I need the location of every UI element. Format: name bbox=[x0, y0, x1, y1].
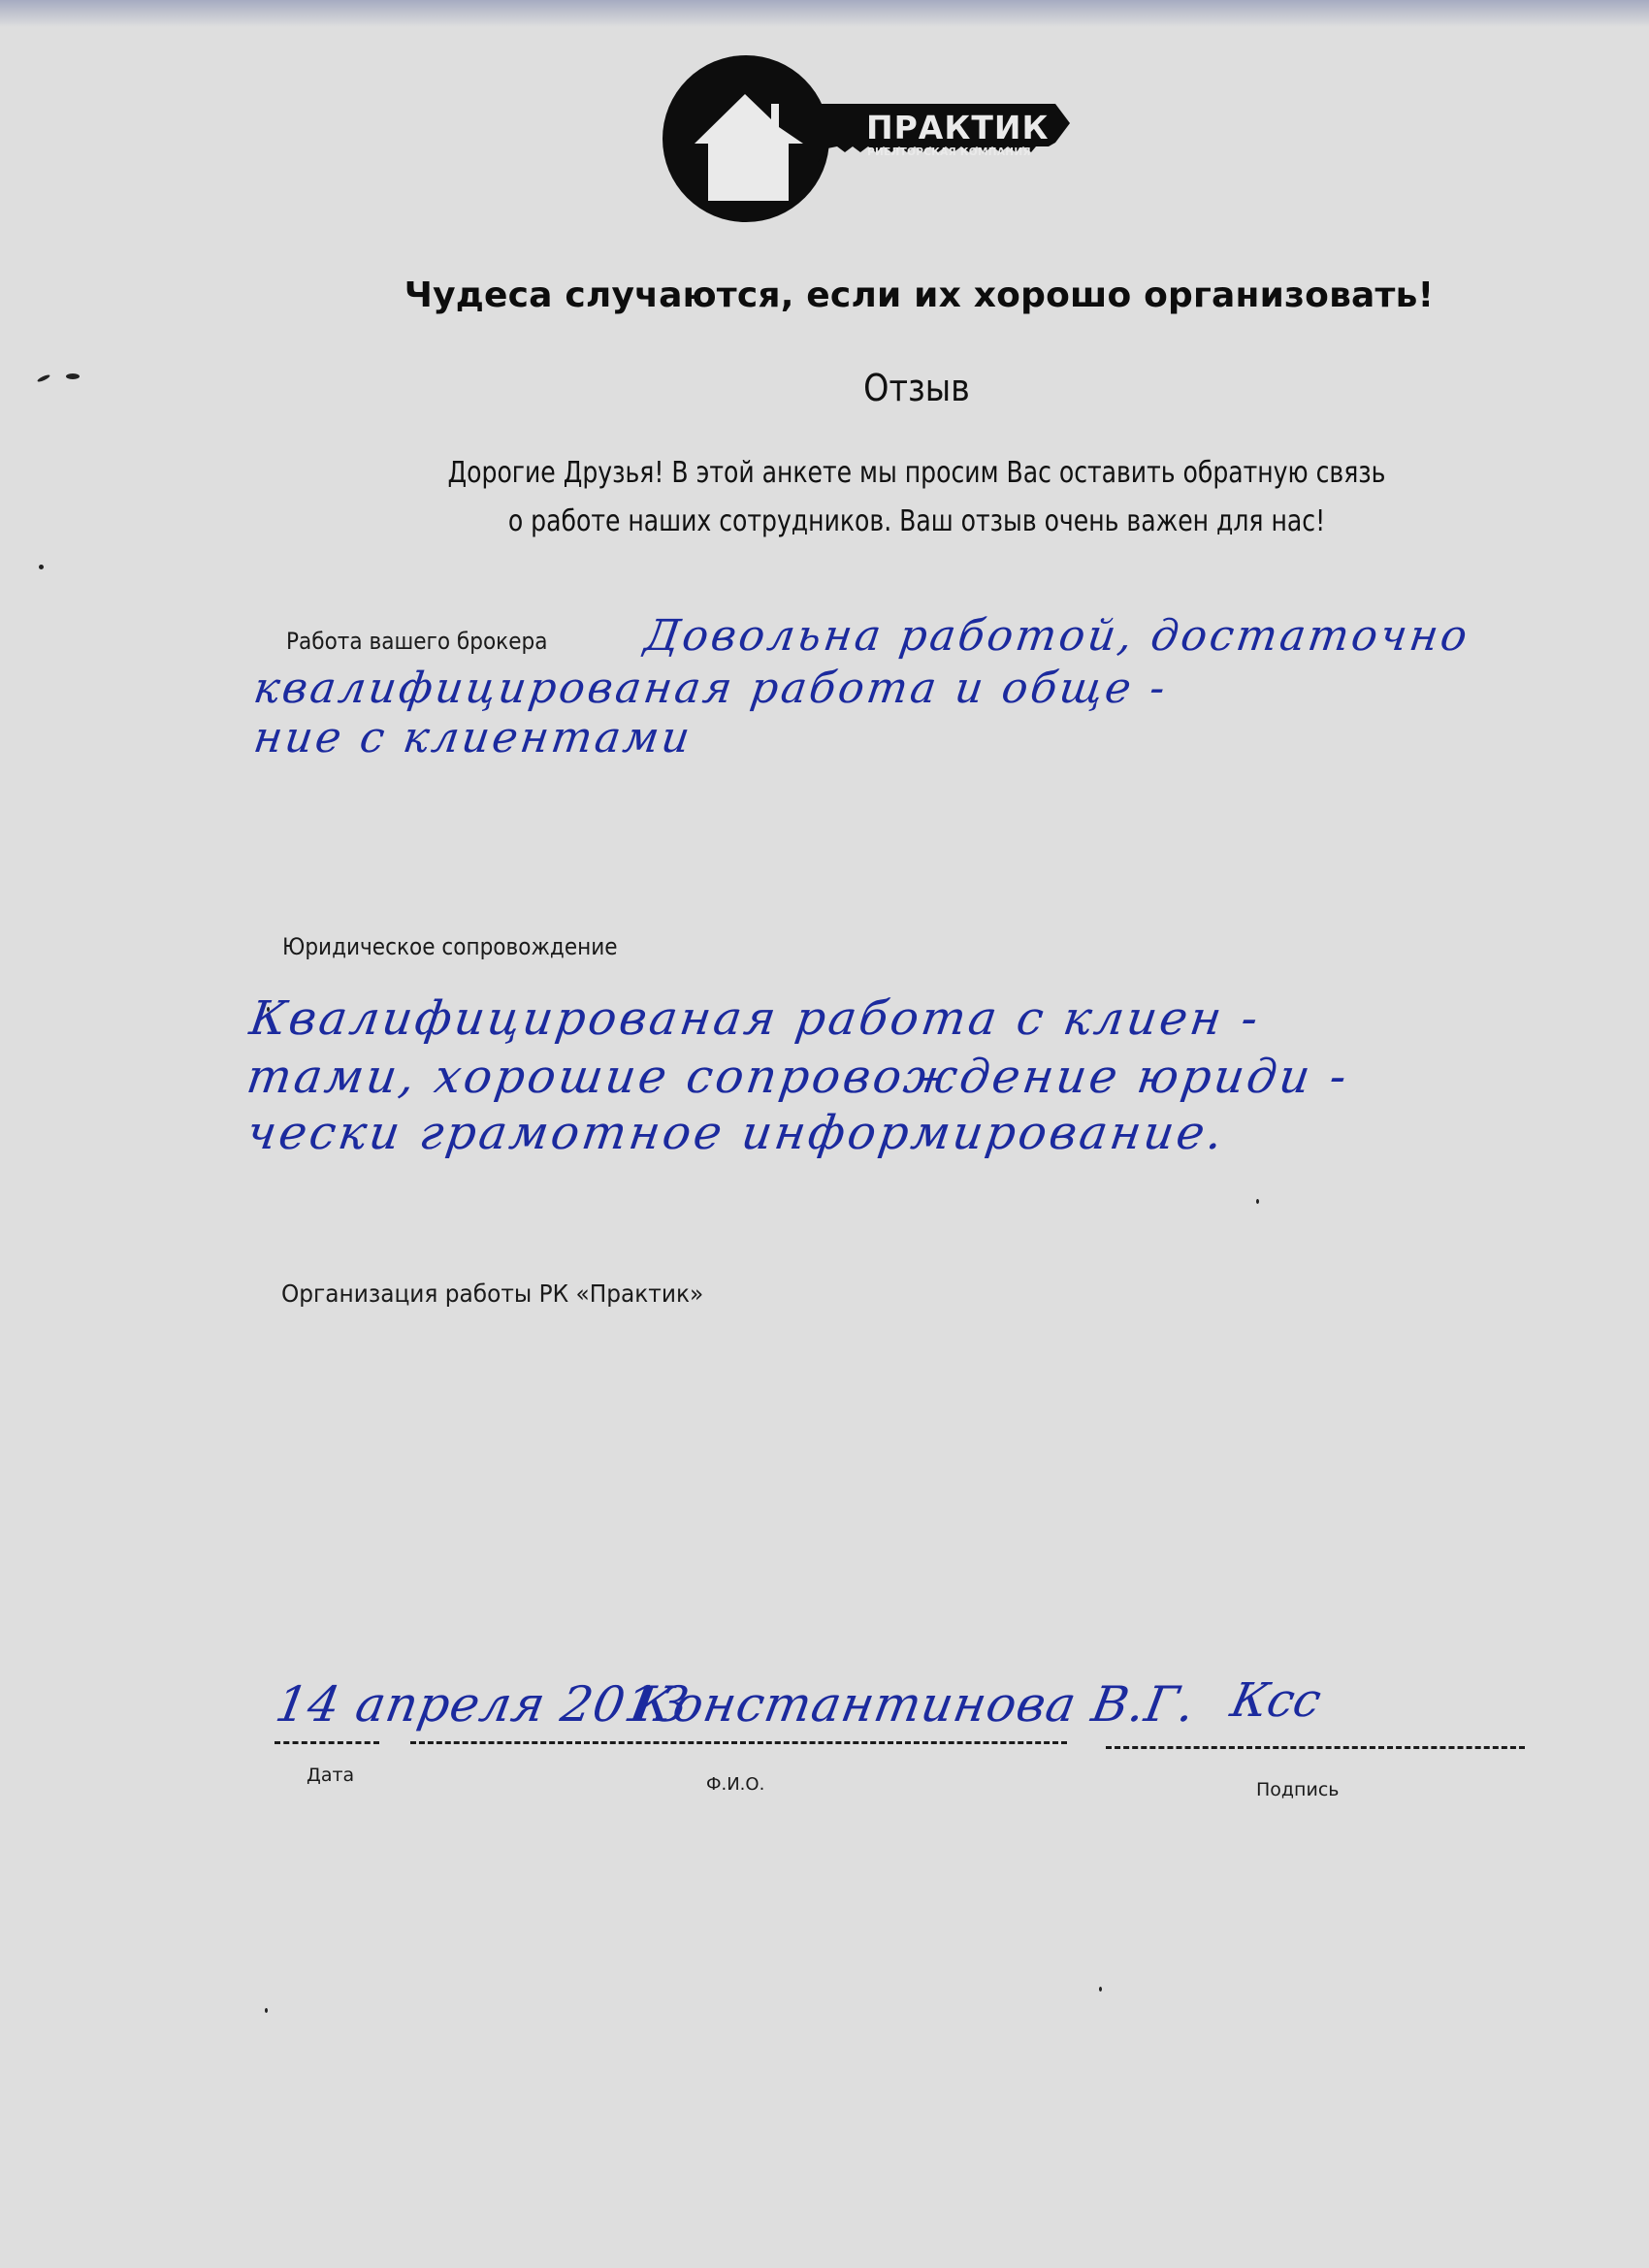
legal-feedback-line-1[interactable]: Квалифицированая работа с клиен - bbox=[246, 991, 1264, 1046]
date-underline bbox=[275, 1741, 379, 1744]
scan-speck bbox=[37, 373, 50, 383]
scan-speck bbox=[39, 565, 44, 569]
legal-support-label: Юридическое сопровождение bbox=[282, 931, 618, 962]
broker-feedback-line-3[interactable]: ние с клиентами bbox=[250, 711, 695, 765]
broker-feedback-line-2[interactable]: квалифицированая работа и обще - bbox=[250, 662, 1171, 716]
slogan-headline: Чудеса случаются, если их хорошо организ… bbox=[339, 272, 1499, 320]
company-logo: ПРАКТИК РИЕЛТОРСКАЯ КОМПАНИЯ bbox=[663, 53, 1080, 228]
intro-line-1: Дорогие Друзья! В этой анкете мы просим … bbox=[335, 449, 1499, 498]
broker-feedback-line-1[interactable]: Довольна работой, достаточно bbox=[641, 609, 1473, 664]
fio-field[interactable]: Константинова В.Г. bbox=[630, 1670, 1201, 1738]
fio-label: Ф.И.О. bbox=[706, 1773, 764, 1797]
intro-paragraph: Дорогие Друзья! В этой анкете мы просим … bbox=[291, 449, 1542, 546]
scan-shadow bbox=[0, 0, 1649, 27]
page-title: Отзыв bbox=[792, 361, 1040, 415]
logo-subtitle: РИЕЛТОРСКАЯ КОМПАНИЯ bbox=[867, 147, 1061, 158]
scan-speck bbox=[1256, 1199, 1259, 1204]
legal-feedback-line-2[interactable]: тами, хорошие сопровождение юриди - bbox=[243, 1050, 1352, 1104]
broker-work-label: Работа вашего брокера bbox=[286, 626, 547, 657]
logo-name: ПРАКТИК bbox=[866, 112, 1031, 144]
scan-speck bbox=[1099, 1987, 1102, 1992]
date-label: Дата bbox=[307, 1764, 354, 1787]
fio-underline bbox=[410, 1741, 1067, 1744]
signature-underline bbox=[1106, 1746, 1525, 1749]
intro-line-2: о работе наших сотрудников. Ваш отзыв оч… bbox=[335, 498, 1499, 546]
scan-speck bbox=[265, 2008, 268, 2013]
signature-field[interactable]: Ксс bbox=[1225, 1667, 1328, 1734]
legal-feedback-line-3[interactable]: чески грамотное информирование. bbox=[243, 1106, 1229, 1160]
signature-label: Подпись bbox=[1256, 1778, 1339, 1801]
scan-speck bbox=[66, 373, 80, 379]
organization-label: Организация работы РК «Практик» bbox=[281, 1279, 703, 1310]
